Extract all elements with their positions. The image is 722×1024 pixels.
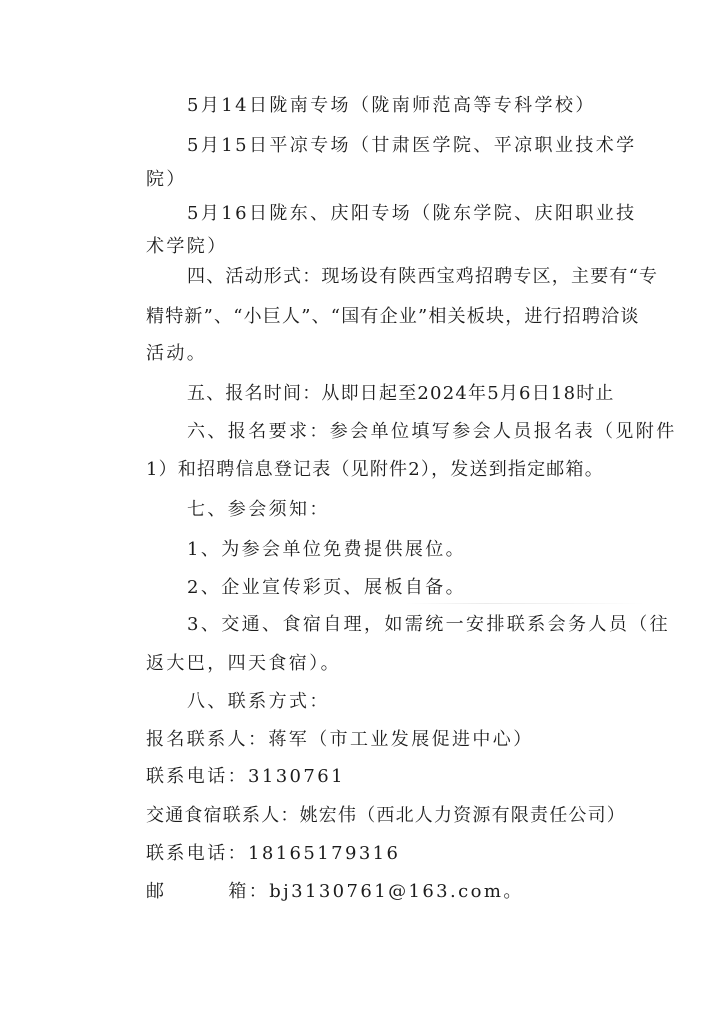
- notice-item-3: 3、交通、食宿自理，如需统一安排联系会务人员（往: [187, 614, 670, 636]
- scan-artifact-line: [405, 603, 645, 604]
- document-page: 5月14日陇南专场（陇南师范高等专科学校） 5月15日平凉专场（甘肃医学院、平凉…: [0, 0, 722, 1024]
- section-registration-requirements: 六、报名要求：参会单位填写参会人员报名表（见附件: [187, 421, 677, 443]
- section-activity-format: 四、活动形式：现场设有陕西宝鸡招聘专区，主要有“专: [187, 266, 658, 288]
- schedule-longdong-cont: 术学院）: [146, 236, 228, 258]
- section-registration-time: 五、报名时间：从即日起至2024年5月6日18时止: [187, 383, 615, 405]
- section-activity-format-end: 活动。: [146, 343, 207, 365]
- schedule-longdong: 5月16日陇东、庆阳专场（陇东学院、庆阳职业技: [187, 203, 637, 225]
- schedule-pingliang-cont: 院）: [146, 169, 187, 191]
- notice-item-3-cont: 返大巴，四天食宿）。: [146, 653, 341, 675]
- logistics-phone: 联系电话：18165179316: [146, 843, 400, 865]
- schedule-pingliang: 5月15日平凉专场（甘肃医学院、平凉职业技术学: [187, 135, 637, 157]
- notice-item-1: 1、为参会单位免费提供展位。: [187, 539, 466, 561]
- registration-contact: 报名联系人：蒋军（市工业发展促进中心）: [146, 729, 534, 751]
- section-contact-heading: 八、联系方式：: [187, 691, 330, 713]
- email-address: 箱：bj3130761@163.com。: [228, 881, 523, 902]
- notice-item-2: 2、企业宣传彩页、展板自备。: [187, 577, 466, 599]
- email-line: 邮箱：bj3130761@163.com。: [146, 881, 524, 903]
- section-notice-heading: 七、参会须知：: [187, 499, 330, 521]
- section-registration-requirements-cont: 1）和招聘信息登记表（见附件2），发送到指定邮箱。: [146, 459, 604, 481]
- schedule-longnan: 5月14日陇南专场（陇南师范高等专科学校）: [187, 95, 596, 117]
- registration-phone: 联系电话：3130761: [146, 766, 345, 788]
- logistics-contact: 交通食宿联系人：姚宏伟（西北人力资源有限责任公司）: [146, 805, 626, 827]
- email-label-char-1: 邮: [146, 881, 166, 902]
- section-activity-format-cont: 精特新”、“小巨人”、“国有企业”相关板块，进行招聘洽谈: [146, 306, 640, 328]
